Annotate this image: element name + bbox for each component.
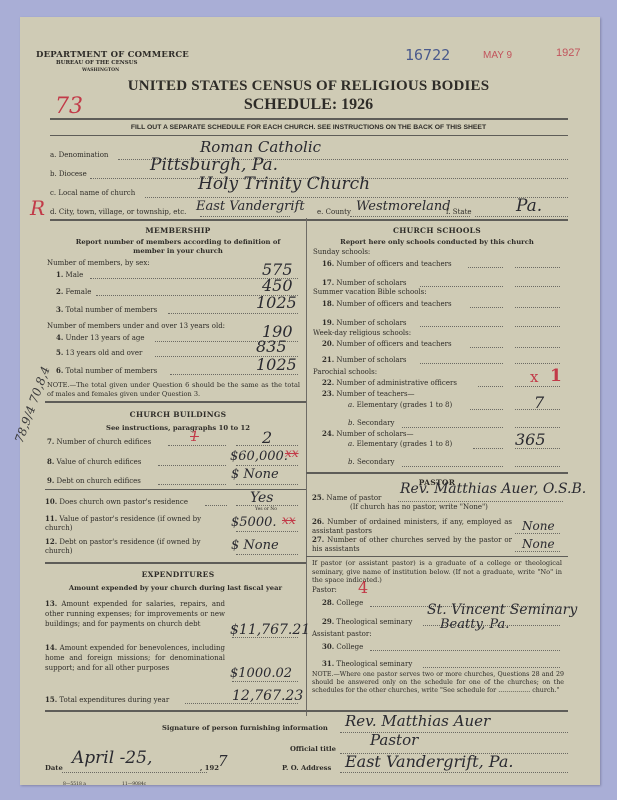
q21-line-a [420,363,503,364]
q22-struck: x [530,368,538,386]
q11-label: 11. Value of pastor's residence (if owne… [45,514,230,533]
summer-schools-label: Summer vacation Bible schools: [313,288,427,296]
county-field[interactable]: Westmoreland [356,199,451,214]
city-line [200,216,290,217]
q25-pastor-name-field[interactable]: Rev. Matthias Auer, O.S.B. [400,481,586,497]
q16-field[interactable] [515,267,560,268]
date-year-prefix: , 192 [200,764,219,772]
q12-line [236,554,298,555]
q8-value-field[interactable]: $60,000. [230,449,288,464]
q24a-label: a. Elementary (grades 1 to 8) [348,440,452,448]
schools-subheading: Report here only schools conducted by th… [306,238,568,246]
membership-note: NOTE.—The total given under Question 6 s… [47,381,300,398]
stamp-date: MAY 9 [483,50,512,61]
instructions-rule [50,135,568,136]
q10-owns-residence-field[interactable]: Yes [250,490,274,506]
q22-label: 22. Number of administrative officers [322,378,457,387]
q3-line [168,313,298,314]
q11-residence-value-field[interactable]: $5000. [231,515,277,530]
county-label: e. County [317,208,351,216]
q31-label: 31. Theological seminary [322,659,412,668]
graduate-note: If pastor (or assistant pastor) is a gra… [312,559,562,585]
q28-label: 28. College [322,598,363,607]
weekday-schools-label: Week-day religious schools: [313,329,411,337]
q6-label: 6. Total number of members [56,366,157,375]
q23a-label: a. Elementary (grades 1 to 8) [348,401,452,409]
q5-over13-field[interactable]: 835 [256,337,287,356]
q9-line-b [236,484,298,485]
q14-benevolences-field[interactable]: $1000.02 [230,666,292,681]
q13-running-expenses-field[interactable]: $11,767.21 [230,622,310,638]
q6-total-field[interactable]: 1025 [256,355,297,374]
city-field[interactable]: East Vandergrift [196,199,305,214]
form-code-1: 8—5518 a [63,782,86,787]
q3-label: 3. Total number of members [56,305,157,314]
po-address-label: P. O. Address [282,764,331,772]
q29-label: 29. Theological seminary [322,617,412,626]
q24-label: 24. Number of scholars— [322,429,414,438]
expenditures-heading: EXPENDITURES [50,570,306,579]
q20-line-a [470,347,503,348]
q22-admin-officers-field[interactable]: 1 [550,366,562,386]
schools-rule [306,472,568,474]
state-label: f. State [446,208,472,216]
section-rule [50,219,568,221]
q17-line-a [420,286,503,287]
denomination-label: a. Denomination [50,151,108,159]
q24a-elementary-scholars-field[interactable]: 365 [515,430,546,449]
official-title-field[interactable]: Pastor [370,731,418,749]
diocese-field[interactable]: Pittsburgh, Pa. [150,155,278,175]
membership-rule [45,401,306,403]
q19-label: 19. Number of scholars [322,318,407,327]
q11-line [236,531,298,532]
q26-label: 26. Number of ordained ministers, if any… [312,517,512,536]
q7-struck-value: 1 [190,429,199,445]
q14-label: 14. Amount expended for benevolences, in… [45,643,225,673]
q22-line-a [478,386,503,387]
q17-field[interactable] [515,286,560,287]
bureau-name: BUREAU OF THE CENSUS [56,60,138,66]
q21-field[interactable] [515,363,560,364]
q16-line-a [468,267,503,268]
by-age-label: Number of members under and over 13 year… [47,322,225,330]
q29-seminary-field[interactable]: St. Vincent Seminary [427,602,577,618]
q8-struck-cents: xx [285,446,299,460]
official-title-label: Official title [290,745,336,753]
q27-line [515,551,560,552]
q25-line [398,501,563,502]
membership-subheading: Report number of members according to de… [60,238,296,256]
q25-label: 25. Name of pastor [312,493,381,502]
q27-label: 27. Number of other churches served by t… [312,535,512,554]
q19-field[interactable] [515,326,560,327]
q7-line-a [168,445,226,446]
form-code-2: 11—9084c [122,782,146,787]
q30-college-field[interactable] [370,650,560,651]
diocese-label: b. Diocese [50,170,87,178]
margin-mark: R [30,196,45,220]
q12-label: 12. Debt on pastor's residence (if owned… [45,537,230,556]
column-divider [306,218,307,716]
pastor-divider [306,556,568,557]
q28-red-mark: 4 [358,578,368,597]
q23a-line-a [470,409,503,410]
q27-other-churches-field[interactable]: None [522,537,555,551]
date-label: Date [45,764,63,772]
city-name: WASHINGTON [82,68,119,73]
denomination-field[interactable]: Roman Catholic [200,138,321,156]
q22-line-b [515,386,560,387]
q4-label: 4. Under 13 years of age [56,333,145,342]
q26-line [515,533,560,534]
q24b-field[interactable] [515,466,560,467]
q12-residence-debt-field[interactable]: $ None [231,538,279,553]
stamp-year: 1927 [556,47,580,59]
q26-assistants-field[interactable]: None [522,519,555,533]
q2-label: 2. Female [56,287,91,296]
q31-seminary-field[interactable] [423,667,560,668]
q30-label: 30. College [322,642,363,651]
q17-label: 17. Number of scholars [322,278,407,287]
q20-label: 20. Number of officers and teachers [322,339,452,348]
q14-line [232,681,298,682]
pastor-note: NOTE.—Where one pastor serves two or mor… [312,671,564,695]
signature-label: Signature of person furnishing informati… [162,724,328,732]
date-line [62,772,207,773]
schedule-title: SCHEDULE: 1926 [0,96,617,114]
stamp-number: 16722 [405,46,450,64]
form-title: UNITED STATES CENSUS OF RELIGIOUS BODIES [0,78,617,95]
q10-line-a [205,505,227,506]
q7-label: 7. Number of church edifices [47,437,151,446]
q8-line-b [236,465,298,466]
q1-label: 1. Male [56,270,83,279]
q9-line-a [158,484,226,485]
membership-heading: MEMBERSHIP [50,226,306,235]
q23-label: 23. Number of teachers— [322,389,415,398]
q21-label: 21. Number of scholars [322,355,407,364]
state-line [475,216,568,217]
signature-field[interactable]: Rev. Matthias Auer [345,712,490,730]
q15-label: 15. Total expenditures during year [45,695,169,704]
county-line [350,216,470,217]
q24b-line-a [402,466,503,467]
q15-total-field[interactable]: 12,767.23 [232,688,303,704]
header-rule [50,118,568,120]
q9-debt-field[interactable]: $ None [231,467,279,482]
q16-label: 16. Number of officers and teachers [322,259,452,268]
po-address-field[interactable]: East Vandergrift, Pa. [345,752,513,771]
assistant-subsection-label: Assistant pastor: [312,630,372,638]
church-name-line [145,197,568,198]
instructions-line: FILL OUT A SEPARATE SCHEDULE FOR EACH CH… [0,124,617,131]
po-address-line [340,772,568,773]
q24b-label: b. Secondary [348,458,395,466]
q5-label: 5. 13 years old and over [56,348,142,357]
q23b-field[interactable] [515,427,560,428]
date-year-field[interactable]: 7 [218,752,228,770]
q29-seminary-location[interactable]: Beatty, Pa. [440,617,509,632]
q24a-line-a [473,448,503,449]
q8-line-a [158,465,226,466]
q23a-elementary-teachers-field[interactable]: 7 [534,393,544,412]
buildings-heading: CHURCH BUILDINGS [50,410,306,419]
q18-line-a [470,307,503,308]
q19-line-a [420,326,503,327]
q18-field[interactable] [515,307,560,308]
date-field[interactable]: April -25, [72,748,152,768]
q10-label: 10. Does church own pastor's residence [45,497,188,506]
by-sex-label: Number of members, by sex: [47,259,150,267]
church-name-label: c. Local name of church [50,189,135,197]
sunday-schools-label: Sunday schools: [313,248,370,256]
margin-number: 73 [55,94,83,119]
q7-edifices-field[interactable]: 2 [262,428,272,447]
q3-total-field[interactable]: 1025 [256,293,297,312]
expenditures-subheading: Amount expended by your church during la… [45,584,306,592]
q23b-label: b. Secondary [348,419,395,427]
q11-struck-cents: xx [282,513,296,527]
q6-line [170,374,298,375]
pastor-subsection-label: Pastor: [312,586,337,594]
q10-hint: Yes or No [255,507,277,512]
q9-label: 9. Debt on church edifices [47,476,141,485]
schools-heading: CHURCH SCHOOLS [306,226,568,235]
q25-hint: (If church has no pastor, write "None") [350,503,488,511]
department-name: DEPARTMENT OF COMMERCE [36,50,189,60]
church-name-field[interactable]: Holy Trinity Church [198,174,370,194]
q8-label: 8. Value of church edifices [47,457,141,466]
q23b-line-a [402,427,503,428]
q13-label: 13. Amount expended for salaries, repair… [45,599,225,629]
buildings-rule [45,562,306,564]
q20-field[interactable] [515,347,560,348]
q18-label: 18. Number of officers and teachers [322,299,452,308]
parochial-label: Parochial schools: [313,368,377,376]
state-field[interactable]: Pa. [516,196,542,216]
city-label: d. City, town, village, or township, etc… [50,208,186,216]
